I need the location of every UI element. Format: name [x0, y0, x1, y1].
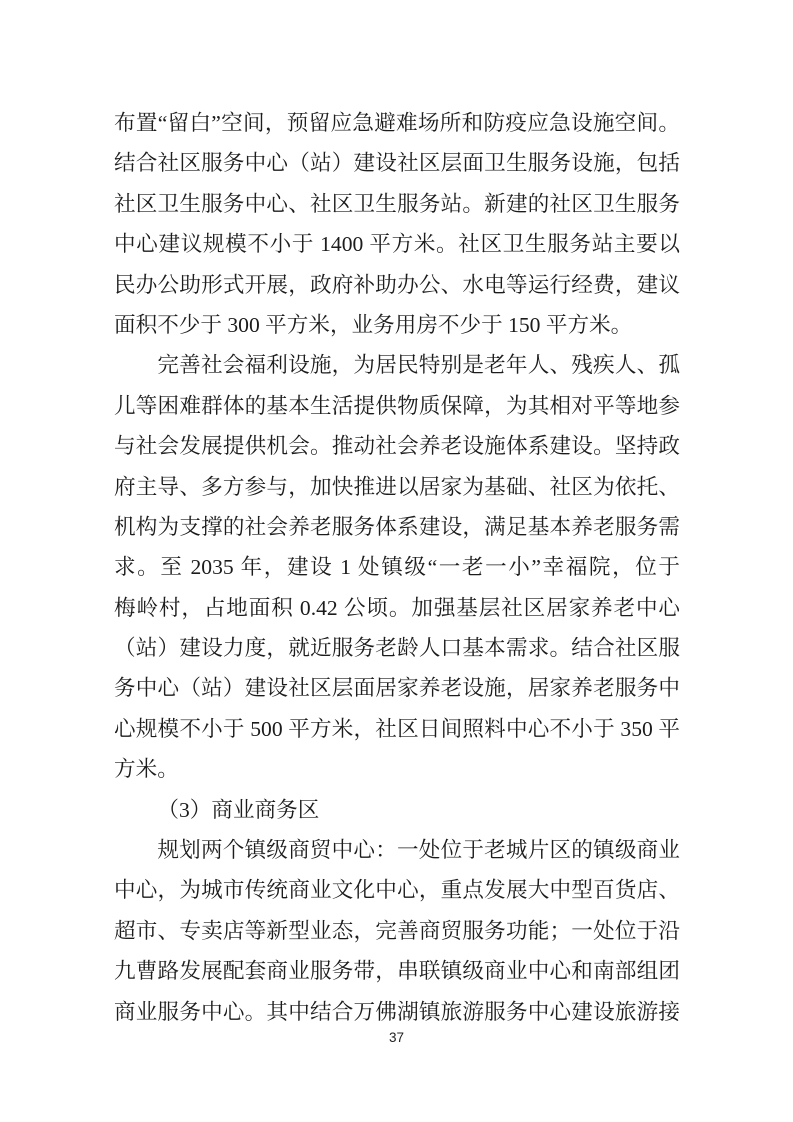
text-line: 商业服务中心。其中结合万佛湖镇旅游服务中心建设旅游接	[114, 992, 680, 1032]
text-line: 完善社会福利设施，为居民特别是老年人、残疾人、孤	[114, 345, 680, 385]
text-line: 机构为支撑的社会养老服务体系建设，满足基本养老服务需	[114, 507, 680, 547]
text-line: 社区卫生服务中心、社区卫生服务站。新建的社区卫生服务	[114, 184, 680, 224]
text-line: 中心建议规模不小于 1400 平方米。社区卫生服务站主要以	[114, 224, 680, 264]
text-line: 府主导、多方参与，加快推进以居家为基础、社区为依托、	[114, 467, 680, 507]
text-line: 梅岭村，占地面积 0.42 公顷。加强基层社区居家养老中心	[114, 588, 680, 628]
text-line: 结合社区服务中心（站）建设社区层面卫生服务设施，包括	[114, 143, 680, 183]
text-line: 民办公助形式开展，政府补助办公、水电等运行经费，建议	[114, 265, 680, 305]
text-line: 方米。	[114, 749, 680, 789]
text-line: 规划两个镇级商贸中心：一处位于老城片区的镇级商业	[114, 830, 680, 870]
text-line: 中心，为城市传统商业文化中心，重点发展大中型百货店、	[114, 870, 680, 910]
text-line: 务中心（站）建设社区层面居家养老设施，居家养老服务中	[114, 668, 680, 708]
document-page: 布置“留白”空间，预留应急避难场所和防疫应急设施空间。结合社区服务中心（站）建设…	[0, 0, 793, 1122]
text-line: （站）建设力度，就近服务老龄人口基本需求。结合社区服	[114, 628, 680, 668]
text-line: 面积不少于 300 平方米，业务用房不少于 150 平方米。	[114, 305, 680, 345]
text-line: 与社会发展提供机会。推动社会养老设施体系建设。坚持政	[114, 426, 680, 466]
text-line: （3）商业商务区	[114, 790, 680, 830]
text-line: 超市、专卖店等新型业态，完善商贸服务功能；一处位于沿	[114, 911, 680, 951]
text-line: 九曹路发展配套商业服务带，串联镇级商业中心和南部组团	[114, 951, 680, 991]
text-line: 儿等困难群体的基本生活提供物质保障，为其相对平等地参	[114, 386, 680, 426]
page-number: 37	[0, 1028, 793, 1048]
text-line: 布置“留白”空间，预留应急避难场所和防疫应急设施空间。	[114, 103, 680, 143]
text-line: 求。至 2035 年，建设 1 处镇级“一老一小”幸福院，位于	[114, 547, 680, 587]
document-body: 布置“留白”空间，预留应急避难场所和防疫应急设施空间。结合社区服务中心（站）建设…	[114, 103, 680, 1032]
text-line: 心规模不小于 500 平方米，社区日间照料中心不小于 350 平	[114, 709, 680, 749]
